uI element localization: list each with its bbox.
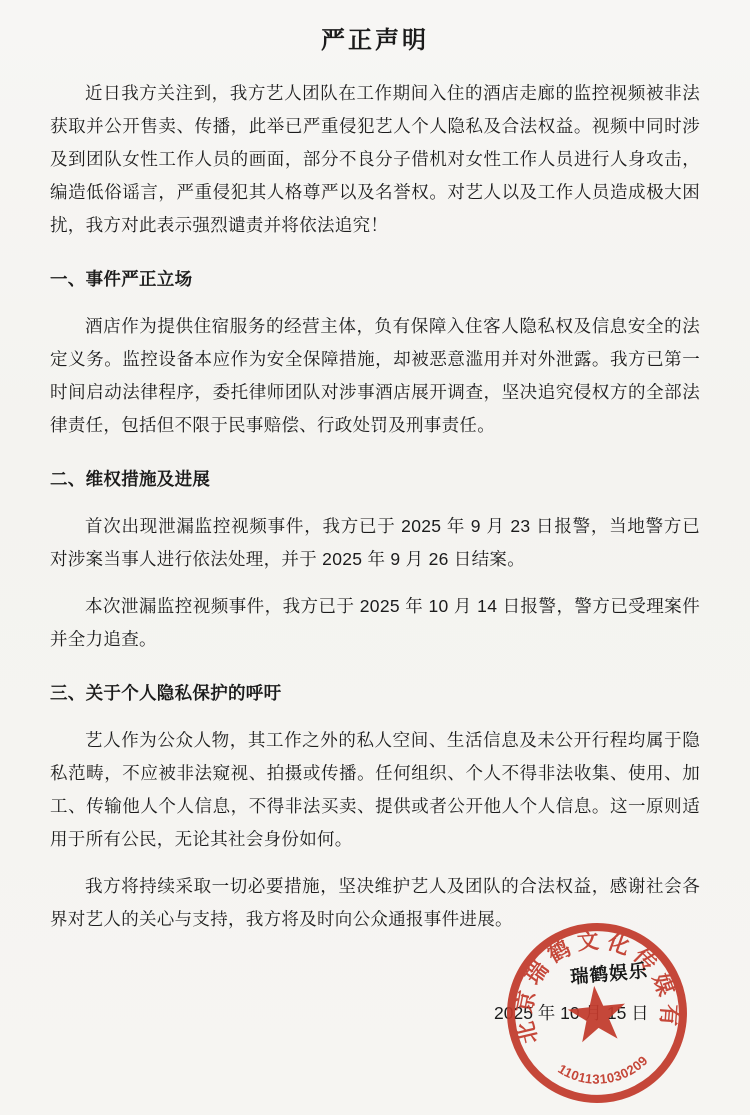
page-title: 严正声明	[50, 24, 700, 57]
document-body: 严正声明 近日我方关注到，我方艺人团队在工作期间入住的酒店走廊的监控视频被非法获…	[0, 0, 750, 936]
intro-paragraph: 近日我方关注到，我方艺人团队在工作期间入住的酒店走廊的监控视频被非法获取并公开售…	[50, 77, 700, 242]
seal-graphic: 北京瑞鹤文化传媒有限公司 11011310302094	[495, 911, 699, 1115]
section-2-paragraph-2: 本次泄漏监控视频事件，我方已于 2025 年 10 月 14 日报警，警方已受理…	[50, 590, 700, 656]
section-2-heading: 二、维权措施及进展	[50, 463, 700, 496]
section-3-heading: 三、关于个人隐私保护的呼吁	[50, 677, 700, 710]
seal-serial-number: 11011310302094	[495, 911, 653, 1097]
company-signature: 瑞鹤娱乐	[569, 957, 649, 990]
seal-ring	[503, 919, 692, 1108]
statement-date: 2025 年 10 月 15 日	[494, 1000, 649, 1025]
company-seal-stamp: 北京瑞鹤文化传媒有限公司 11011310302094	[495, 911, 699, 1115]
section-2-paragraph-1: 首次出现泄漏监控视频事件，我方已于 2025 年 9 月 23 日报警，当地警方…	[50, 510, 700, 576]
statement-document-page: 严正声明 近日我方关注到，我方艺人团队在工作期间入住的酒店走廊的监控视频被非法获…	[0, 0, 750, 1115]
section-1-paragraph: 酒店作为提供住宿服务的经营主体，负有保障入住客人隐私权及信息安全的法定义务。监控…	[50, 310, 700, 442]
seal-star-icon	[565, 983, 628, 1044]
section-3-paragraph: 艺人作为公众人物，其工作之外的私人空间、生活信息及未公开行程均属于隐私范畴，不应…	[50, 724, 700, 856]
closing-paragraph: 我方将持续采取一切必要措施，坚决维护艺人及团队的合法权益，感谢社会各界对艺人的关…	[50, 870, 700, 936]
section-1-heading: 一、事件严正立场	[50, 263, 700, 296]
